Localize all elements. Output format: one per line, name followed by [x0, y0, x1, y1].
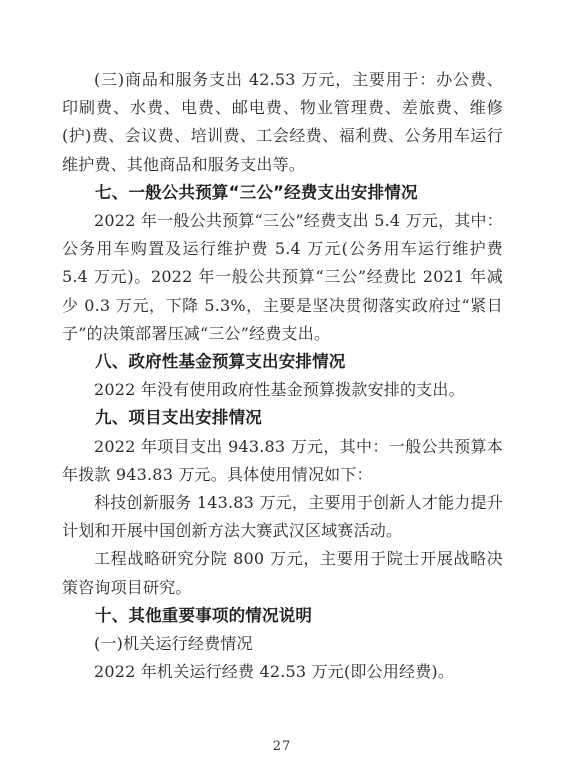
para-project-expenditure-total: 2022 年项目支出 943.83 万元，其中：一般公共预算本年拨款 943.8…	[62, 433, 503, 489]
para-engineering-strategy-institute: 工程战略研究分院 800 万元，主要用于院士开展战略决策咨询项目研究。	[62, 545, 503, 601]
document-page: (三)商品和服务支出 42.53 万元，主要用于：办公费、印刷费、水费、电费、邮…	[0, 0, 564, 781]
heading-section-seven-three-public-funds: 七、一般公共预算“三公”经费支出安排情况	[62, 179, 503, 207]
page-number: 27	[273, 739, 292, 754]
para-gov-fund-budget: 2022 年没有使用政府性基金预算拨款安排的支出。	[62, 376, 503, 404]
para-goods-services-expenditure: (三)商品和服务支出 42.53 万元，主要用于：办公费、印刷费、水费、电费、邮…	[62, 66, 503, 179]
para-agency-operating-funds-subheading: (一)机关运行经费情况	[62, 630, 503, 658]
para-agency-operating-funds-amount: 2022 年机关运行经费 42.53 万元(即公用经费)。	[62, 658, 503, 686]
page-footer: 27	[0, 735, 564, 754]
para-tech-innovation-service: 科技创新服务 143.83 万元，主要用于创新人才能力提升计划和开展中国创新方法…	[62, 489, 503, 545]
heading-section-nine-project-expenditure: 九、项目支出安排情况	[62, 404, 503, 432]
para-three-public-funds-detail: 2022 年一般公共预算“三公”经费支出 5.4 万元，其中：公务用车购置及运行…	[62, 207, 503, 348]
heading-section-ten-other-important-matters: 十、其他重要事项的情况说明	[62, 602, 503, 630]
document-content: (三)商品和服务支出 42.53 万元，主要用于：办公费、印刷费、水费、电费、邮…	[62, 66, 503, 686]
heading-section-eight-gov-fund-budget: 八、政府性基金预算支出安排情况	[62, 348, 503, 376]
